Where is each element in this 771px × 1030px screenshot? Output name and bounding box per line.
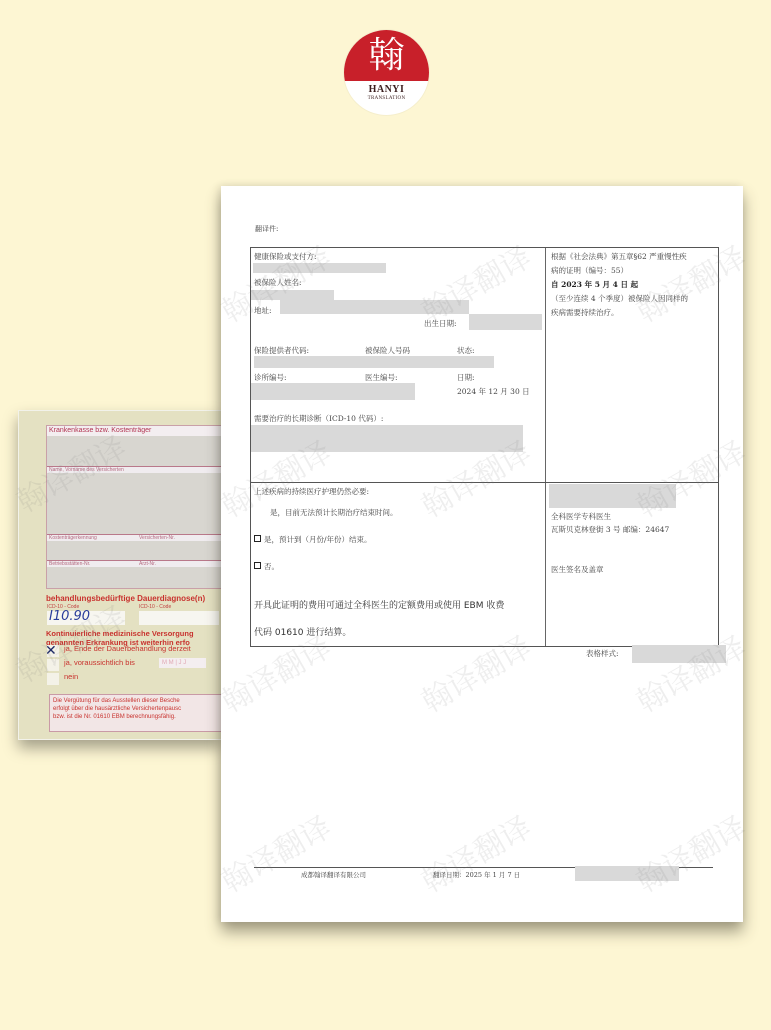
original-form-header-block: Krankenkasse bzw. Kostenträger Name, Vor… bbox=[46, 425, 222, 589]
certificate-line1: 根据《社会法典》第五章§62 严重慢性疾 bbox=[551, 251, 687, 262]
redacted-insurer bbox=[253, 263, 386, 273]
original-doctor-no-label: Arzt-Nr. bbox=[139, 561, 156, 567]
status-label: 状态: bbox=[457, 345, 475, 356]
original-cost-bearer-label: Kostenträgerkennung bbox=[49, 535, 97, 541]
redacted-dob bbox=[469, 314, 542, 330]
redacted-numbers-row1 bbox=[254, 356, 494, 368]
address-label: 地址: bbox=[254, 305, 272, 316]
original-note-line3: bzw. ist die Nr. 01610 EBM berechnungsfä… bbox=[53, 713, 222, 721]
original-row2-label: Betriebsstätten-Nr. Arzt-Nr. bbox=[47, 560, 222, 567]
fee-line1: 开具此证明的费用可通过全科医生的定额费用或使用 EBM 收费 bbox=[254, 598, 504, 611]
redacted-footer-stamp bbox=[575, 866, 679, 881]
doctor-number-label: 医生编号: bbox=[365, 372, 398, 383]
original-option-3: nein bbox=[64, 672, 78, 681]
translation-label: 翻译件: bbox=[255, 224, 278, 234]
certificate-line3: 自 2023 年 5 月 4 日 起 bbox=[551, 279, 638, 290]
original-option-2: ja, voraussichtlich bis bbox=[64, 658, 135, 667]
option-yes-until: 是，预计到（月份/年份）结束。 bbox=[254, 534, 372, 545]
practice-number-label: 诊所编号: bbox=[254, 372, 287, 383]
redacted-form-style bbox=[632, 645, 726, 663]
redacted-numbers-row2 bbox=[251, 383, 415, 400]
date-value: 2024 年 12 月 30 日 bbox=[457, 386, 530, 397]
logo-subtitle: TRANSLATION bbox=[344, 96, 429, 101]
redacted-address bbox=[280, 300, 469, 314]
redacted-doctor-name bbox=[549, 484, 676, 508]
checkbox-yes-until bbox=[254, 535, 261, 542]
original-checkbox-3 bbox=[47, 673, 59, 685]
insurer-label: 健康保险或支付方: bbox=[254, 251, 317, 262]
original-row1-label: Kostenträgerkennung Versicherten-Nr. bbox=[47, 534, 222, 541]
insured-name-label: 被保险人姓名: bbox=[254, 277, 302, 288]
original-icd-box-2 bbox=[139, 611, 219, 625]
option-no-text: 否。 bbox=[264, 562, 279, 571]
signature-label: 医生签名及盖章 bbox=[551, 564, 604, 575]
original-check-mark: ✕ bbox=[45, 643, 57, 657]
continued-care-heading: 上述疾病的持续医疗护理仍然必要: bbox=[254, 486, 369, 497]
hanyi-logo: 翰 HANYI TRANSLATION bbox=[344, 30, 429, 115]
insured-number-label: 被保险人号码 bbox=[365, 345, 410, 356]
provider-code-label: 保险提供者代码: bbox=[254, 345, 309, 356]
dob-label: 出生日期: bbox=[424, 318, 457, 329]
grid-vertical-divider bbox=[545, 248, 546, 646]
option-yes-indefinite: 是，目前无法预计长期治疗结束时间。 bbox=[270, 507, 398, 518]
original-date-placeholder: M M | J J bbox=[159, 658, 206, 668]
diagnosis-label: 需要治疗的长期诊断（ICD-10 代码）: bbox=[254, 413, 383, 424]
footer-company: 成都翰译翻译有限公司 bbox=[301, 870, 366, 879]
logo-name: HANYI bbox=[344, 84, 429, 95]
doctor-specialty: 全科医学专科医生 bbox=[551, 511, 611, 522]
redacted-insured-name bbox=[251, 290, 334, 300]
original-site-no-label: Betriebsstätten-Nr. bbox=[49, 561, 90, 567]
original-document-photo: Krankenkasse bzw. Kostenträger Name, Vor… bbox=[18, 410, 222, 740]
fee-line2: 代码 01610 进行结算。 bbox=[254, 625, 351, 638]
checkbox-no bbox=[254, 562, 261, 569]
translation-form-grid: 健康保险或支付方: 被保险人姓名: 地址: 出生日期: 保险提供者代码: 被保险… bbox=[250, 247, 719, 647]
logo-glyph: 翰 bbox=[344, 36, 429, 76]
option-yes-until-text: 是，预计到（月份/年份）结束。 bbox=[264, 535, 372, 544]
original-diagnosis-title: behandlungsbedürftige Dauerdiagnose(n) bbox=[46, 594, 205, 603]
original-insurer-label: Krankenkasse bzw. Kostenträger bbox=[47, 426, 222, 436]
original-option-1: ja, Ende der Dauerbehandlung derzeit bbox=[64, 644, 191, 653]
option-no: 否。 bbox=[254, 561, 279, 572]
form-style-label: 表格样式: bbox=[586, 648, 619, 659]
certificate-line4: （至少连续 4 个季度）被保险人因同样的 bbox=[551, 293, 688, 304]
footer-translation-date: 翻译日期：2025 年 1 月 7 日 bbox=[433, 870, 520, 879]
date-label: 日期: bbox=[457, 372, 475, 383]
original-insured-no-label: Versicherten-Nr. bbox=[139, 535, 175, 541]
translation-page: 翻译件: 健康保险或支付方: 被保险人姓名: 地址: 出生日期: 保险提供者代码… bbox=[221, 186, 743, 922]
original-icd-label-2: ICD-10 - Code bbox=[139, 604, 171, 610]
redacted-diagnosis bbox=[251, 425, 523, 452]
original-icd-value: I10.90 bbox=[49, 609, 90, 624]
original-fee-note: Die Vergütung für das Ausstellen dieser … bbox=[49, 694, 222, 732]
original-name-label: Name, Vorname des Versicherten bbox=[47, 466, 222, 473]
grid-horizontal-divider bbox=[251, 482, 718, 483]
original-note-line1: Die Vergütung für das Ausstellen dieser … bbox=[53, 697, 222, 705]
certificate-line2: 病的证明（编号：55） bbox=[551, 265, 628, 276]
certificate-line5: 疾病需要持续治疗。 bbox=[551, 307, 619, 318]
original-continuity-line1: Kontinuierliche medizinische Versorgung bbox=[46, 629, 194, 638]
original-note-line2: erfolgt über die hausärztliche Versicher… bbox=[53, 705, 222, 713]
original-checkbox-2 bbox=[47, 659, 59, 671]
doctor-address: 瓦斯贝克林登街 3 号 邮编：24647 bbox=[551, 524, 669, 535]
